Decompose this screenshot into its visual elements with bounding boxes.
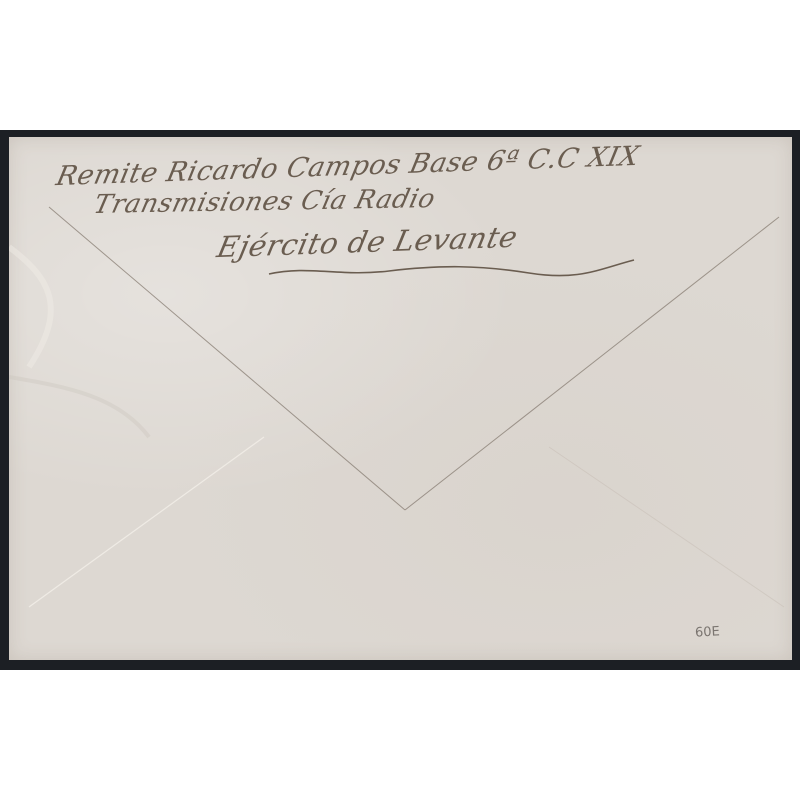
pencil-mark: 60E (695, 624, 721, 640)
envelope-back: Remite Ricardo Campos Base 6ª C.C XIX Tr… (9, 137, 792, 660)
unit-line: Transmisiones Cía Radio (91, 184, 439, 220)
